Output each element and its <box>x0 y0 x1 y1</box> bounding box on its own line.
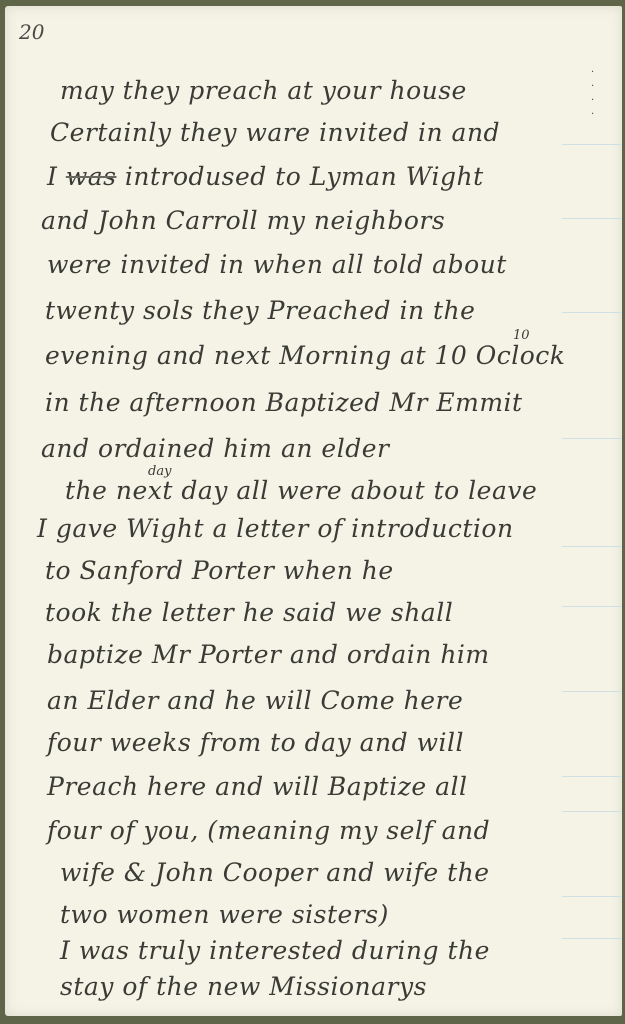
margin-marks: ···· <box>591 66 599 122</box>
ruled-line <box>562 606 622 607</box>
text-line: two women were sisters) <box>60 900 389 929</box>
line-rest: introdused to Lyman Wight <box>116 162 483 191</box>
line-prefix: I <box>47 162 66 191</box>
text-line: Certainly they ware invited in and <box>50 118 500 147</box>
text-line: evening and next Morning at 10 Oclock <box>45 341 565 370</box>
text-line: and ordained him an elder <box>41 434 389 463</box>
text-line: I gave Wight a letter of introduction <box>37 514 514 543</box>
text-line: four of you, (meaning my self and <box>47 816 490 845</box>
text-line: and John Carroll my neighbors <box>41 206 445 235</box>
struck-word: was <box>66 162 117 191</box>
text-line: were invited in when all told about <box>47 250 507 279</box>
text-line: wife & John Cooper and wife the <box>60 858 490 887</box>
text-line: Preach here and will Baptize all <box>47 772 468 801</box>
ruled-line <box>562 546 622 547</box>
ruled-line <box>562 218 622 219</box>
text-line: four weeks from to day and will <box>47 728 464 757</box>
text-line: twenty sols they Preached in the <box>45 296 475 325</box>
text-line: to Sanford Porter when he <box>45 556 394 585</box>
text-line: baptize Mr Porter and ordain him <box>47 640 490 669</box>
ruled-line <box>562 144 622 145</box>
ruled-line <box>562 938 622 939</box>
text-line: an Elder and he will Come here <box>47 686 463 715</box>
ruled-line <box>562 691 622 692</box>
text-line: took the letter he said we shall <box>45 598 453 627</box>
text-line: I was introdused to Lyman Wight <box>47 162 484 191</box>
text-line: may they preach at your house <box>60 76 467 105</box>
text-line: I was truly interested during the <box>60 936 490 965</box>
text-line: the next day all were about to leave <box>65 476 537 505</box>
page-number: 20 <box>19 20 44 44</box>
ruled-line <box>562 438 622 439</box>
ruled-line <box>562 896 622 897</box>
manuscript-scan: 20 ···· may they preach at your house Ce… <box>0 0 625 1024</box>
text-line: in the afternoon Baptized Mr Emmit <box>45 388 523 417</box>
ruled-line <box>562 811 622 812</box>
ruled-line <box>562 776 622 777</box>
manuscript-page: 20 ···· may they preach at your house Ce… <box>5 6 622 1016</box>
ruled-line <box>562 312 622 313</box>
text-line: stay of the new Missionarys <box>60 972 427 1001</box>
